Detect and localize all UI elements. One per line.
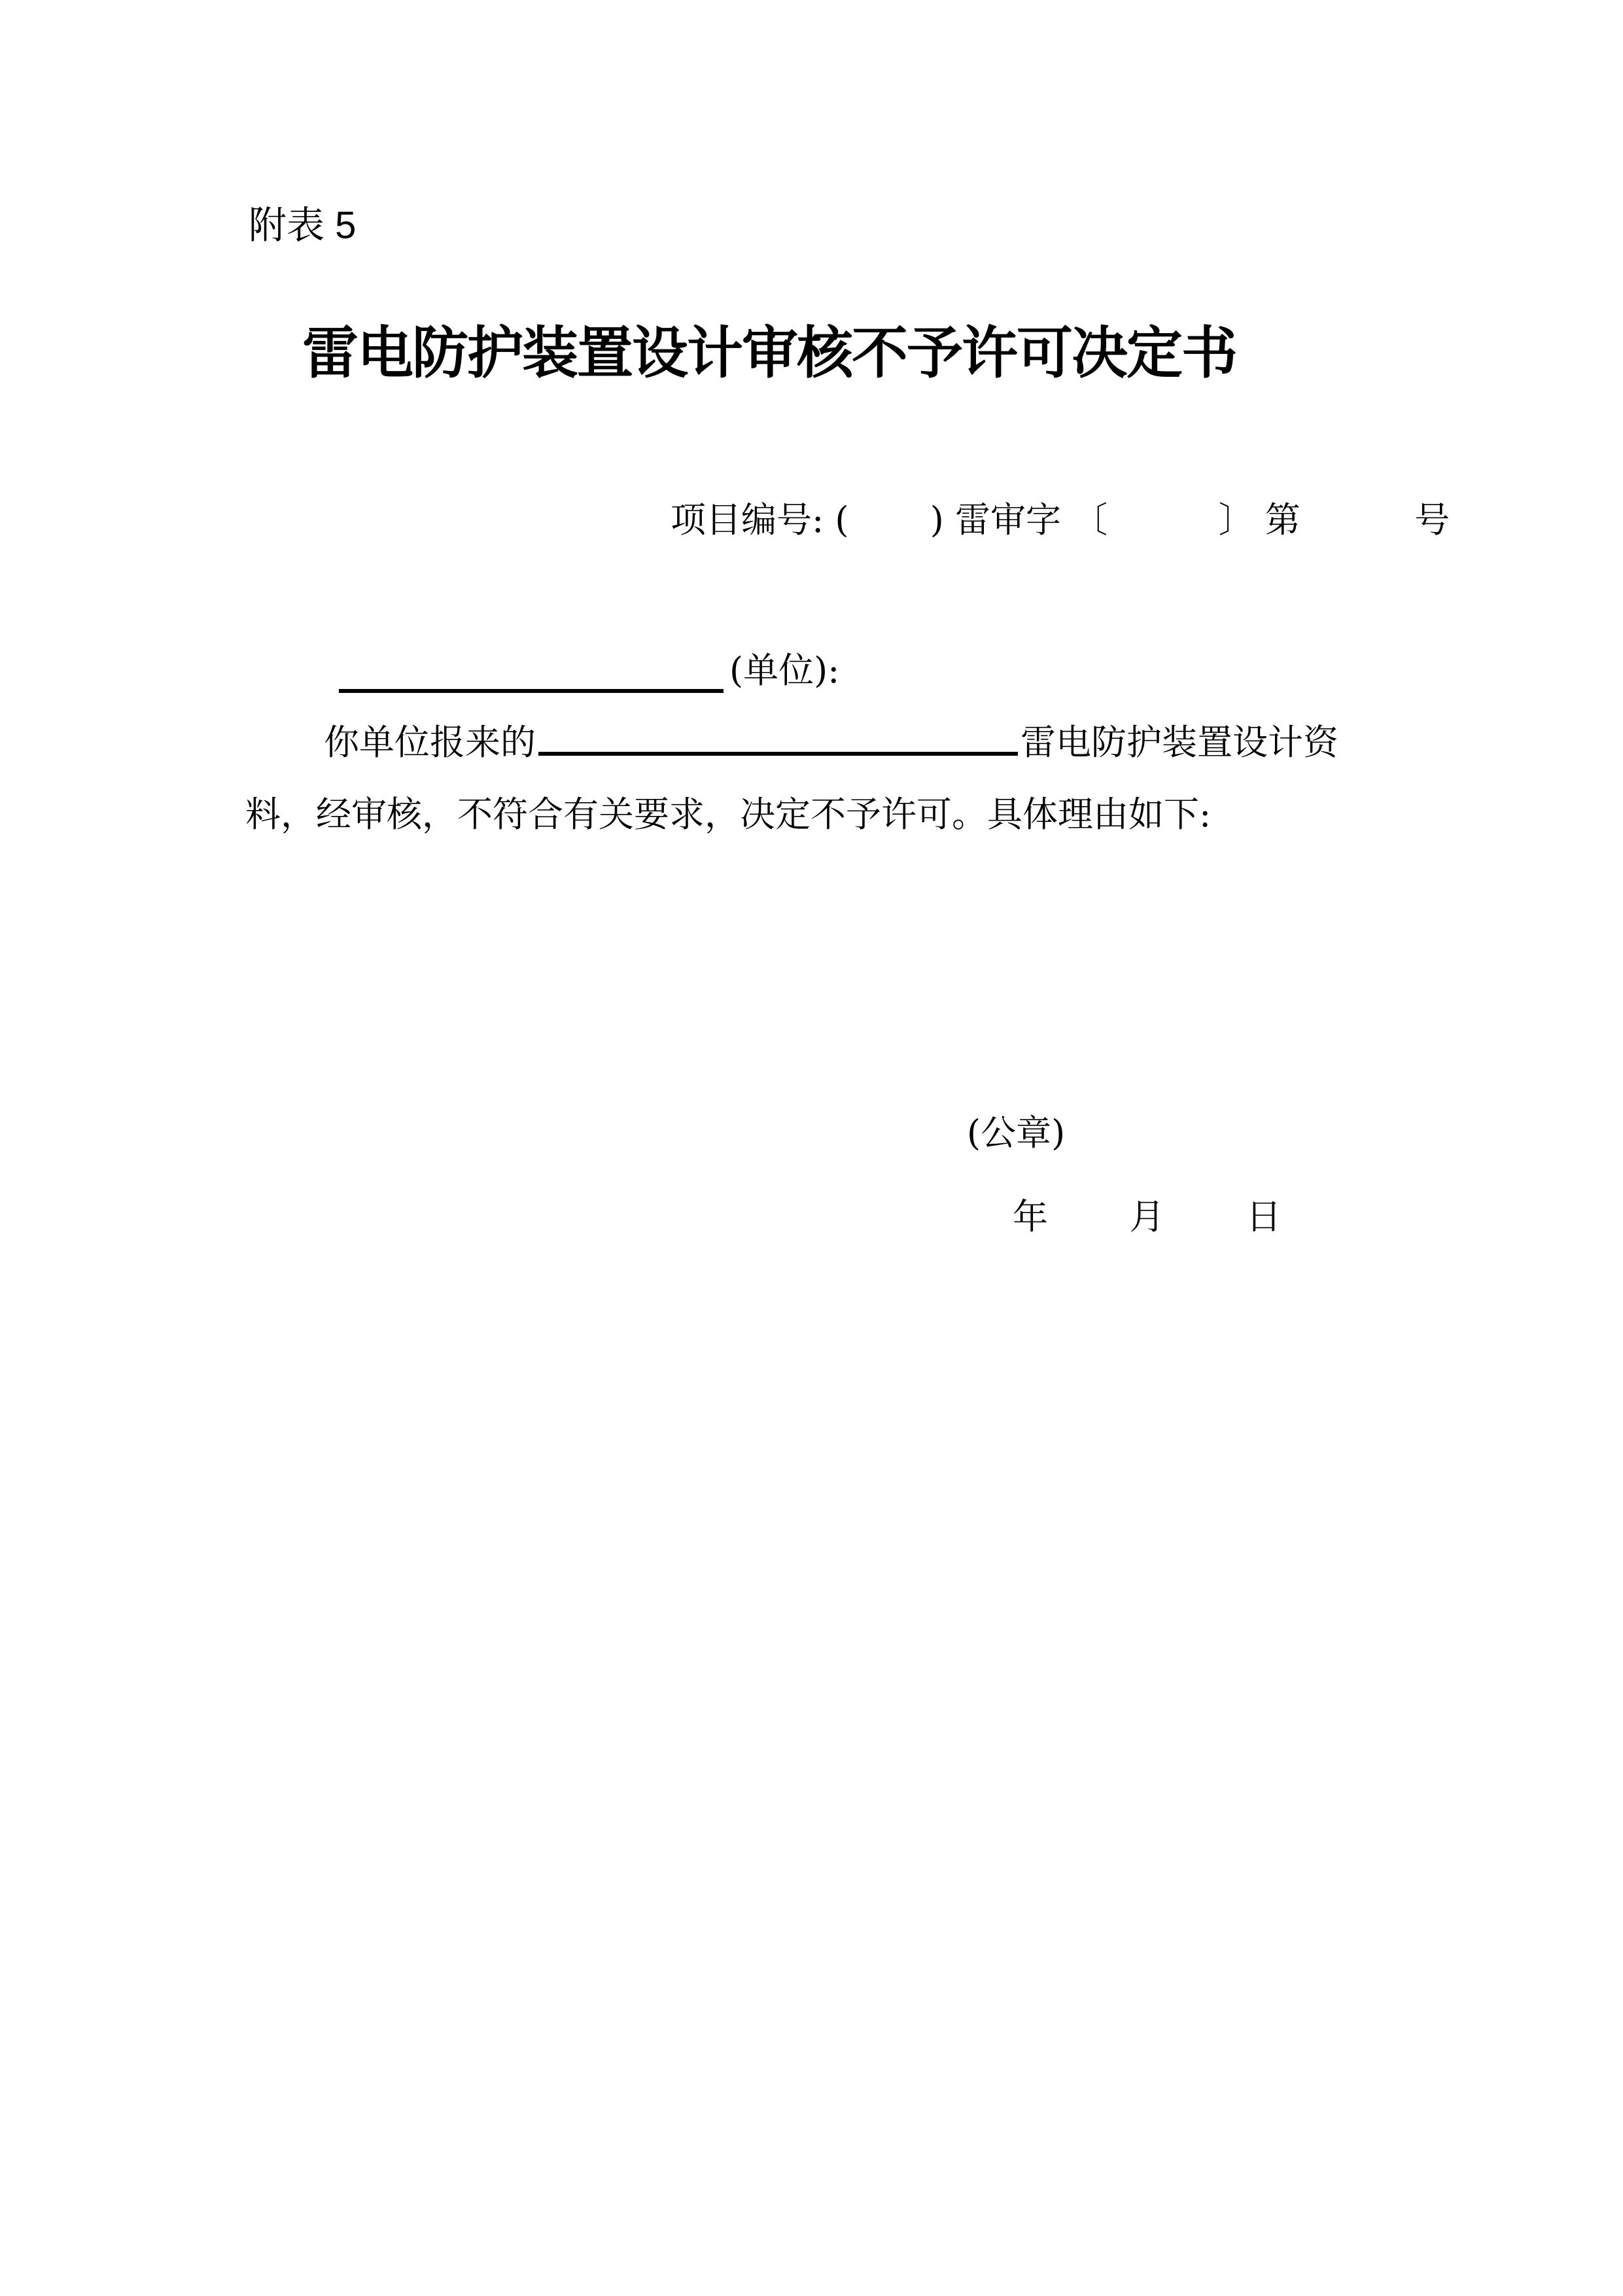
official-seal-label: (公章) <box>967 1107 1065 1159</box>
project-number-label: 项目编号: <box>671 494 824 546</box>
para1-end: 雷电防护装置设计资 <box>1021 722 1338 763</box>
review-prefix: 雷审字 <box>955 494 1061 546</box>
close-bracket: 〕 <box>1219 494 1254 546</box>
hao-label: 号 <box>1414 494 1450 546</box>
open-bracket: 〔 <box>1072 494 1108 546</box>
project-name-blank-line <box>538 752 1018 756</box>
project-number-line: 项目编号: ( ) 雷审字 〔 〕 第 号 <box>671 494 1390 546</box>
body-paragraph-line1: 你单位报来的雷电防护装置设计资 <box>324 716 1338 769</box>
di-label: 第 <box>1265 494 1300 546</box>
date-day: 日 <box>1246 1191 1282 1243</box>
date-month: 月 <box>1129 1191 1164 1243</box>
close-paren: ) <box>930 494 944 546</box>
para1-start: 你单位报来的 <box>324 722 536 763</box>
document-title: 雷电防护装置设计审核不予许可决定书 <box>302 314 1336 393</box>
annex-label: 附表 5 <box>249 200 356 252</box>
date-year: 年 <box>1013 1191 1048 1243</box>
date-line: 年 月 日 <box>1013 1191 1282 1243</box>
body-paragraph-line2: 料，经审核，不符合有关要求，决定不予许可。具体理由如下: <box>245 788 1211 841</box>
open-paren: ( <box>835 494 848 546</box>
addressee-suffix: (单位): <box>729 645 839 697</box>
addressee-blank-line <box>339 689 724 693</box>
